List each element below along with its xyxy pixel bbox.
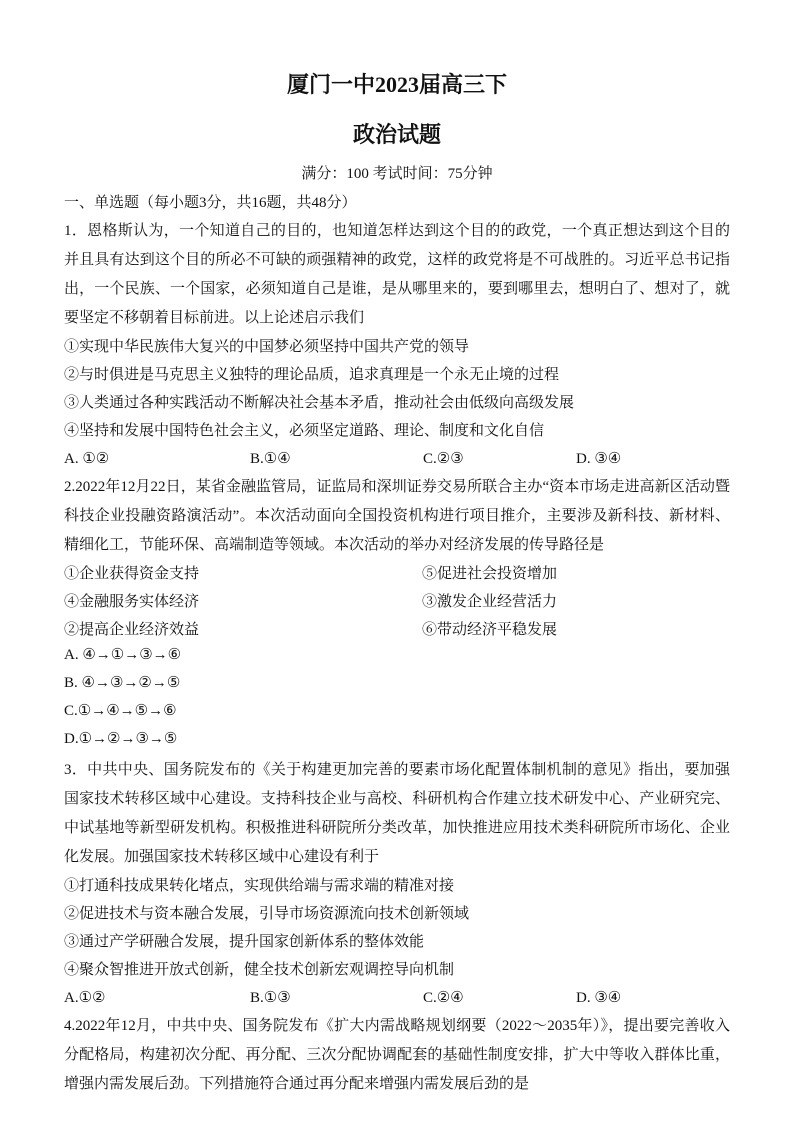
question-2: 2.2022年12月22日，某省金融监管局，证监局和深圳证券交易所联合主办“资本… <box>64 473 730 753</box>
question-3-statement-4: ④聚众智推进开放式创新，健全技术创新宏观调控导向机制 <box>64 956 730 984</box>
question-1-choice-a: A. ①② <box>64 445 250 473</box>
question-1-statement-2: ②与时俱进是马克思主义独特的理论品质，追求真理是一个永无止境的过程 <box>64 361 730 389</box>
exam-meta-line: 满分：100 考试时间：75分钟 <box>64 163 730 185</box>
question-3-statement-3: ③通过产学研融合发展，提升国家创新体系的整体效能 <box>64 928 730 956</box>
question-1-choices: A. ①② B.①④ C.②③ D. ③④ <box>64 445 730 473</box>
question-3-stem: 3．中共中央、国务院发布的《关于构建更加完善的要素市场化配置体制机制的意见》指出… <box>64 756 730 872</box>
question-2-statement-right-2: ③激发企业经营活力 <box>422 588 730 616</box>
question-2-statement-grid: ①企业获得资金支持 ⑤促进社会投资增加 ④金融服务实体经济 ③激发企业经营活力 … <box>64 560 730 644</box>
question-3-statement-2: ②促进技术与资本融合发展，引导市场资源流向技术创新领域 <box>64 900 730 928</box>
exam-page: 厦门一中2023届高三下 政治试题 满分：100 考试时间：75分钟 一、单选题… <box>0 0 794 1123</box>
question-1-statement-1: ①实现中华民族伟大复兴的中国梦必须坚持中国共产党的领导 <box>64 333 730 361</box>
question-2-statement-right-3: ⑥带动经济平稳发展 <box>422 616 730 644</box>
question-2-statement-right-1: ⑤促进社会投资增加 <box>422 560 730 588</box>
question-2-stem: 2.2022年12月22日，某省金融监管局，证监局和深圳证券交易所联合主办“资本… <box>64 473 730 560</box>
question-2-choice-b: B. ④→③→②→⑤ <box>64 669 730 697</box>
question-2-statement-left-2: ④金融服务实体经济 <box>64 588 422 616</box>
question-3-choice-d: D. ③④ <box>576 984 730 1012</box>
section-header: 一、单选题（每小题3分，共16题，共48分） <box>64 189 730 217</box>
question-3-choices: A.①② B.①③ C.②④ D. ③④ <box>64 984 730 1012</box>
exam-title-subject: 政治试题 <box>64 120 730 150</box>
question-1-statement-4: ④坚持和发展中国特色社会主义，必须坚定道路、理论、制度和文化自信 <box>64 417 730 445</box>
question-3-choice-b: B.①③ <box>250 984 423 1012</box>
question-1-stem: 1．恩格斯认为，一个知道自己的目的，也知道怎样达到这个目的的政党，一个真正想达到… <box>64 217 730 333</box>
question-1-choice-c: C.②③ <box>423 445 576 473</box>
question-4-stem: 4.2022年12月，中共中央、国务院发布《扩大内需战略规划纲要（2022～20… <box>64 1012 730 1099</box>
question-3: 3．中共中央、国务院发布的《关于构建更加完善的要素市场化配置体制机制的意见》指出… <box>64 753 730 1012</box>
question-2-statement-left-1: ①企业获得资金支持 <box>64 560 422 588</box>
question-2-choice-d: D.①→②→③→⑤ <box>64 725 730 753</box>
question-1-statement-3: ③人类通过各种实践活动不断解决社会基本矛盾，推动社会由低级向高级发展 <box>64 389 730 417</box>
question-3-statement-1: ①打通科技成果转化堵点，实现供给端与需求端的精准对接 <box>64 872 730 900</box>
exam-title-school: 厦门一中2023届高三下 <box>64 70 730 100</box>
question-2-choice-a: A. ④→①→③→⑥ <box>64 641 730 669</box>
question-2-choice-c: C.①→④→⑤→⑥ <box>64 697 730 725</box>
question-1-choice-d: D. ③④ <box>576 445 730 473</box>
question-4: 4.2022年12月，中共中央、国务院发布《扩大内需战略规划纲要（2022～20… <box>64 1012 730 1099</box>
question-3-choice-c: C.②④ <box>423 984 576 1012</box>
question-1: 1．恩格斯认为，一个知道自己的目的，也知道怎样达到这个目的的政党，一个真正想达到… <box>64 217 730 473</box>
question-3-choice-a: A.①② <box>64 984 250 1012</box>
question-2-choices: A. ④→①→③→⑥ B. ④→③→②→⑤ C.①→④→⑤→⑥ D.①→②→③→… <box>64 641 730 753</box>
question-1-choice-b: B.①④ <box>250 445 423 473</box>
question-2-statement-left-3: ②提高企业经济效益 <box>64 616 422 644</box>
